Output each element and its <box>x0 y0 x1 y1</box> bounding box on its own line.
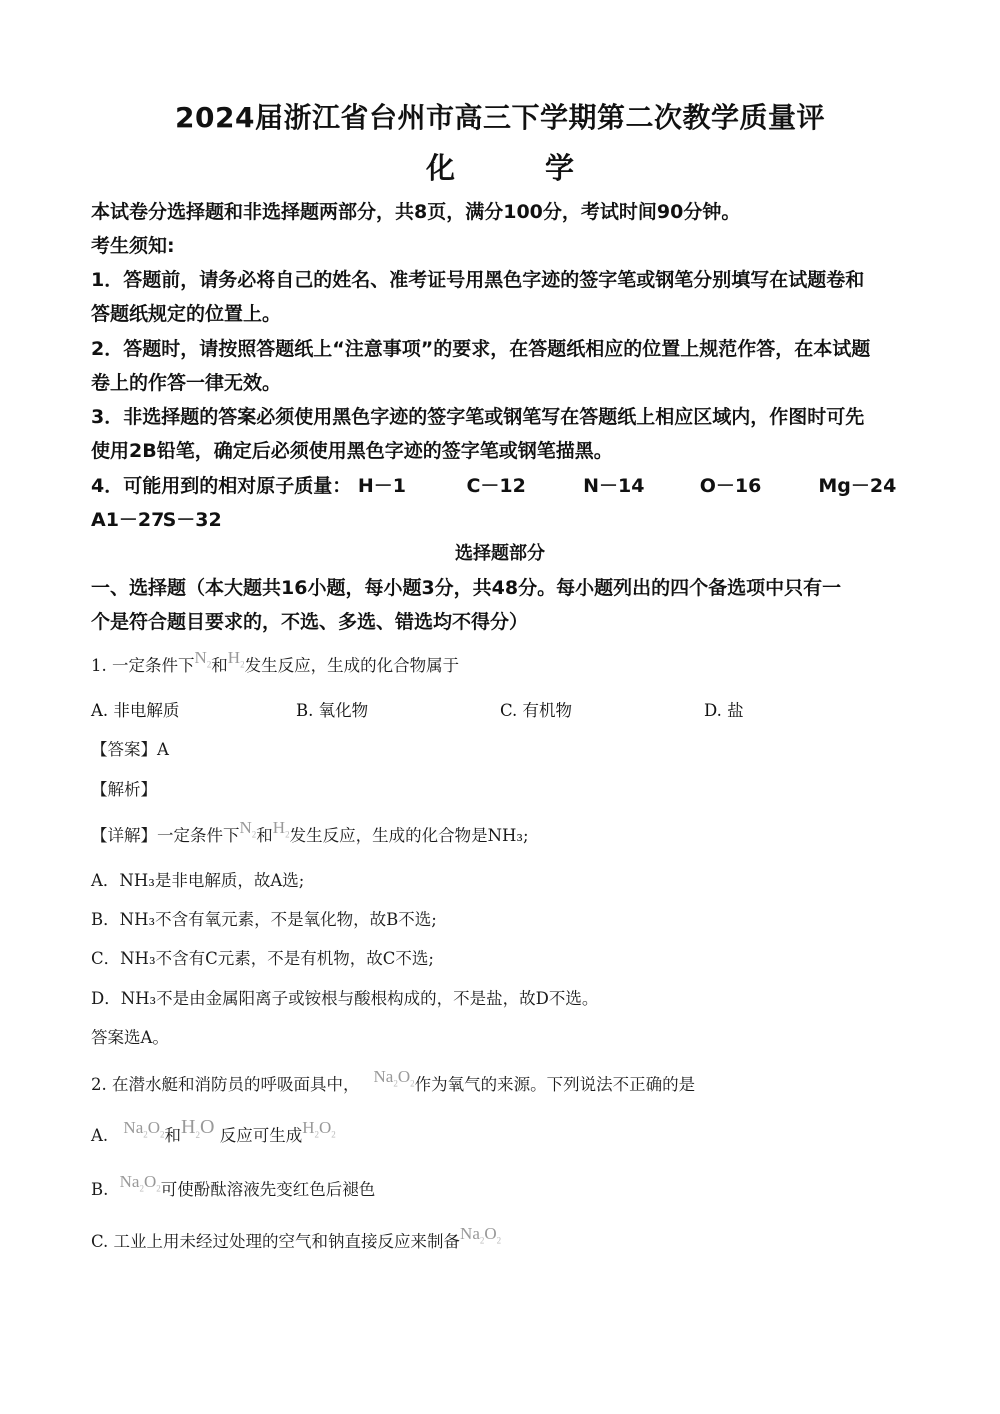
notice-heading: 考生须知: <box>91 231 175 258</box>
q2-option-a: A. Na2O2和H2O 反应可生成H2O2 <box>91 1122 336 1148</box>
formula-h2o2: H2O2 <box>302 1118 336 1137</box>
atomic-mass-o: O－16 <box>700 471 812 498</box>
q1-and: 和 <box>211 656 228 675</box>
atomic-mass-al: A1－27 <box>91 505 156 532</box>
q1-option-c: C. 有机物 <box>500 697 572 721</box>
formula-na2o2: Na2O2 <box>374 1067 415 1086</box>
section-instructions-line1: 一、选择题（本大题共16小题，每小题3分，共48分。每小题列出的四个备选项中只有… <box>91 573 841 600</box>
exam-summary: 本试卷分选择题和非选择题两部分，共8页，满分100分，考试时间90分钟。 <box>91 197 740 224</box>
formula-na2o2: Na2O2 <box>460 1224 501 1243</box>
q1-explanation-b: B．NH₃不含有氧元素，不是氧化物，故B不选; <box>91 906 437 930</box>
atomic-mass-label: 4．可能用到的相对原子质量： <box>91 475 351 497</box>
atomic-mass-h: H－1 <box>358 471 460 498</box>
q1-explanation-a: A．NH₃是非电解质，故A选; <box>91 867 304 891</box>
q1-detail-and: 和 <box>256 826 273 845</box>
q1-detail-suffix: 发生反应，生成的化合物是NH₃; <box>290 826 529 845</box>
q2-stem-suffix: 作为氧气的来源。下列说法不正确的是 <box>415 1075 696 1094</box>
q2-option-b-text: 可使酚酞溶液先变红色后褪色 <box>161 1180 376 1199</box>
q1-explanation-d: D．NH₃不是由金属阳离子或铵根与酸根构成的，不是盐，故D不选。 <box>91 985 598 1009</box>
formula-h2: H2 <box>228 648 245 667</box>
notice-3-line1: 3．非选择题的答案必须使用黑色字迹的签字笔或钢笔写在答题纸上相应区域内，作图时可… <box>91 402 864 429</box>
notice-2-line1: 2．答题时，请按照答题纸上“注意事项”的要求，在答题纸相应的位置上规范作答，在本… <box>91 334 870 361</box>
formula-n2: N2 <box>195 648 212 667</box>
atomic-mass-s: S－32 <box>163 505 222 532</box>
q2-option-c-label: C. <box>91 1232 108 1251</box>
q1-option-b: B. 氧化物 <box>296 697 368 721</box>
formula-na2o2: Na2O2 <box>120 1172 161 1191</box>
q2-option-a-text: 反应可生成 <box>220 1126 303 1145</box>
formula-h2: H2 <box>273 818 290 837</box>
formula-na2o2: Na2O2 <box>123 1118 164 1137</box>
q2-option-a-label: A. <box>91 1126 108 1145</box>
notice-1-line2: 答题纸规定的位置上。 <box>91 299 281 326</box>
q1-option-d: D. 盐 <box>704 697 744 721</box>
notice-2-line2: 卷上的作答一律无效。 <box>91 368 281 395</box>
notice-3-line2: 使用2B铅笔，确定后必须使用黑色字迹的签字笔或钢笔描黑。 <box>91 436 613 463</box>
q1-answer: 【答案】A <box>91 736 169 760</box>
formula-h2o: H2O <box>181 1116 214 1138</box>
q2-option-b-label: B. <box>91 1180 108 1199</box>
subject-char-1: 化 <box>426 146 455 187</box>
q1-conclusion: 答案选A。 <box>91 1024 169 1048</box>
page-title: 2024届浙江省台州市高三下学期第二次教学质量评 <box>0 96 1000 136</box>
q1-stem: 1. 一定条件下N2和H2发生反应，生成的化合物属于 <box>91 652 459 677</box>
section-instructions-line2: 个是符合题目要求的，不选、多选、错选均不得分） <box>91 607 528 634</box>
q1-detail: 【详解】一定条件下N2和H2发生反应，生成的化合物是NH₃; <box>91 822 529 847</box>
notice-1-line1: 1．答题前，请务必将自己的姓名、准考证号用黑色字迹的签字笔或钢笔分别填写在试题卷… <box>91 265 864 292</box>
atomic-mass-n: N－14 <box>583 471 693 498</box>
q1-detail-prefix: 【详解】一定条件下 <box>91 826 240 845</box>
atomic-mass-row-2: A1－27 S－32 <box>91 505 222 532</box>
atomic-mass-c: C－12 <box>466 471 576 498</box>
section-title: 选择题部分 <box>0 539 1000 565</box>
formula-n2: N2 <box>240 818 257 837</box>
q2-option-b: B. Na2O2可使酚酞溶液先变红色后褪色 <box>91 1176 375 1201</box>
q1-option-a: A. 非电解质 <box>91 697 179 721</box>
q1-analysis-heading: 【解析】 <box>91 776 157 800</box>
atomic-mass-row-1: 4．可能用到的相对原子质量： H－1 C－12 N－14 O－16 Mg－24 <box>91 471 896 498</box>
q1-stem-suffix: 发生反应，生成的化合物属于 <box>245 656 460 675</box>
q2-option-c: C. 工业上用未经过处理的空气和钠直接反应来制备Na2O2 <box>91 1228 501 1253</box>
q1-explanation-c: C．NH₃不含有C元素，不是有机物，故C不选; <box>91 945 434 969</box>
q2-option-c-text: 工业上用未经过处理的空气和钠直接反应来制备 <box>114 1232 461 1251</box>
subject-char-2: 学 <box>545 146 574 187</box>
q2-option-a-and: 和 <box>165 1126 182 1145</box>
q1-stem-prefix: 1. 一定条件下 <box>91 656 195 675</box>
atomic-mass-mg: Mg－24 <box>818 471 896 498</box>
q2-stem-prefix: 2. 在潜水艇和消防员的呼吸面具中， <box>91 1075 360 1094</box>
subject-title: 化学 <box>0 146 1000 187</box>
q2-stem: 2. 在潜水艇和消防员的呼吸面具中，Na2O2作为氧气的来源。下列说法不正确的是 <box>91 1071 695 1096</box>
